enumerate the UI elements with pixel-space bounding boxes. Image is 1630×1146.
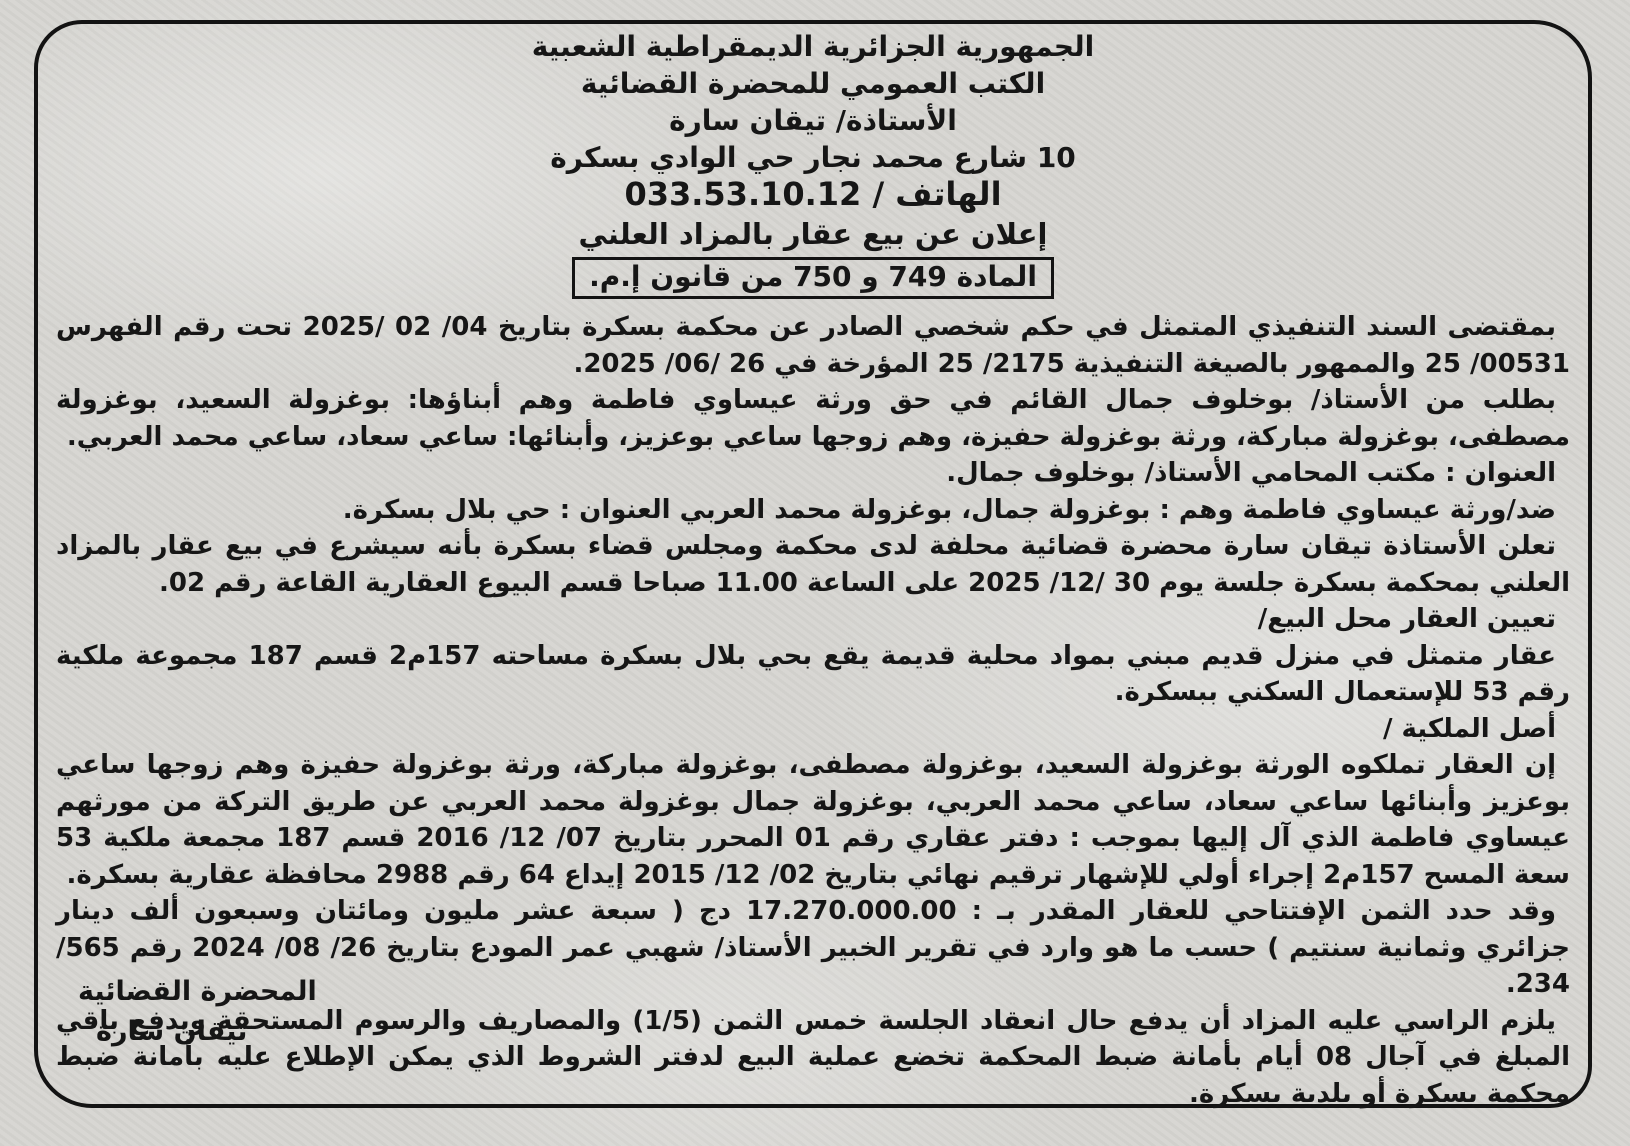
notice-title: إعلان عن بيع عقار بالمزاد العلني [56,216,1570,253]
law-article-box: المادة 749 و 750 من قانون إ.م. [572,257,1054,299]
document-header: الجمهورية الجزائرية الديمقراطية الشعبية … [56,28,1570,299]
paragraph-lawyer-address: العنوان : مكتب المحامي الأستاذ/ بوخلوف ج… [56,455,1570,492]
paragraph-ownership-details: إن العقار تملكوه الورثة بوغزولة السعيد، … [56,747,1570,893]
paragraph-request: بطلب من الأستاذ/ بوخلوف جمال القائم في ح… [56,382,1570,455]
signature-role: المحضرة القضائية [78,972,317,1012]
signature-name: تيقان سارة [78,1012,317,1052]
header-address-line: 10 شارع محمد نجار حي الوادي بسكرة [56,139,1570,176]
header-office-line: الكتب العمومي للمحضرة القضائية [56,65,1570,102]
law-article-box-wrap: المادة 749 و 750 من قانون إ.م. [56,257,1570,299]
heading-property-designation: تعيين العقار محل البيع/ [56,601,1570,638]
paragraph-auction-announcement: تعلن الأستاذة تيقان سارة محضرة قضائية مح… [56,528,1570,601]
header-phone-line: الهاتف / 033.53.10.12 [56,176,1570,213]
paragraph-against: ضد/ورثة عيساوي فاطمة وهم : بوغزولة جمال،… [56,492,1570,529]
heading-ownership-origin: أصل الملكية / [56,711,1570,748]
signature-block: المحضرة القضائية تيقان سارة [78,972,317,1052]
header-republic-line: الجمهورية الجزائرية الديمقراطية الشعبية [56,28,1570,65]
paragraph-executive-deed: بمقتضى السند التنفيذي المتمثل في حكم شخص… [56,309,1570,382]
document-frame: الجمهورية الجزائرية الديمقراطية الشعبية … [34,20,1592,1108]
header-bailiff-name: الأستاذة/ تيقان سارة [56,102,1570,139]
scanned-page: الجمهورية الجزائرية الديمقراطية الشعبية … [0,0,1630,1146]
paragraph-property-description: عقار متمثل في منزل قديم مبني بمواد محلية… [56,638,1570,711]
